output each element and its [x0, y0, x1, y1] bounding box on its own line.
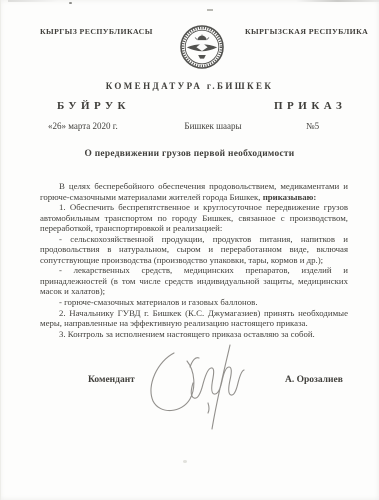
scan-edge: [0, 0, 1, 500]
order-item-1b: - лекарственных средств, медицинских пре…: [40, 265, 348, 297]
signatory-name: А. Орозалиев: [285, 375, 343, 385]
doc-place: Бишкек шаары: [170, 121, 256, 131]
doc-subject-title: О передвижении грузов первой необходимос…: [0, 149, 379, 159]
doc-body: В целях бесперебойного обеспечения продо…: [40, 181, 348, 339]
scan-speck: [207, 9, 213, 11]
order-item-1: 1. Обеспечить беспрепятственное и кругло…: [40, 202, 348, 234]
kyrgyz-state-emblem-icon: [179, 24, 225, 70]
republic-name-russian: КЫРГЫЗСКАЯ РЕСПУБЛИКА: [245, 27, 368, 36]
doc-number: №5: [306, 121, 319, 131]
doc-type-russian: ПРИКАЗ: [274, 100, 346, 112]
doc-date: «26» марта 2020 г.: [48, 121, 118, 131]
doc-type-kyrgyz: БУЙРУК: [57, 100, 130, 112]
scanned-order-document: КЫРГЫЗ РЕСПУБЛИКАСЫ КЫРГЫЗСКАЯ РЕСПУБЛИК…: [0, 0, 379, 500]
order-item-1c: - горюче-смазочных материалов и газовых …: [40, 297, 348, 308]
scan-smudge: [296, 0, 379, 2]
order-keyword: приказываю:: [263, 192, 317, 202]
signatory-position: Комендант: [88, 375, 135, 385]
issuing-authority-title: КОМЕНДАТУРА г.БИШКЕК: [0, 81, 379, 91]
order-item-1a: - сельскохозяйственной продукции, продук…: [40, 234, 348, 266]
order-item-2: 2. Начальнику ГУВД г. Бишкек (К.С. Джума…: [40, 308, 348, 329]
republic-name-kyrgyz: КЫРГЫЗ РЕСПУБЛИКАСЫ: [40, 27, 153, 36]
scan-speck: [183, 460, 187, 463]
handwritten-signature-icon: [138, 341, 270, 433]
scan-speck: [69, 2, 72, 4]
scan-smudge: [8, 0, 58, 2]
order-item-3: 3. Контроль за исполнением настоящего пр…: [40, 329, 348, 340]
intro-paragraph: В целях бесперебойного обеспечения продо…: [40, 181, 348, 202]
